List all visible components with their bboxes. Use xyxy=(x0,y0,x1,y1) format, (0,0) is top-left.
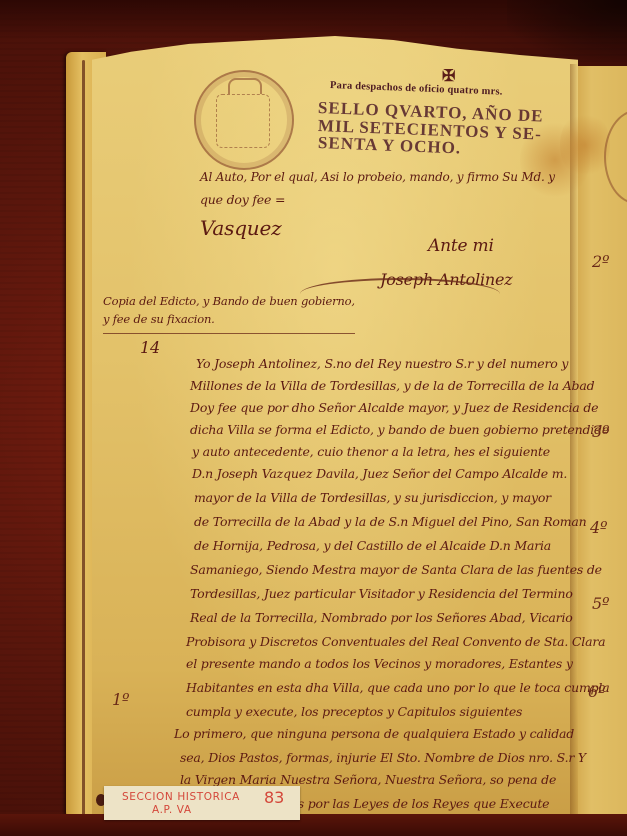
margin-number: 2º xyxy=(592,252,609,271)
body-line: y auto antecedente, cuio thenor a la let… xyxy=(192,444,550,459)
page-edge-line xyxy=(82,60,85,820)
body-line: de Hornija, Pedrosa, y del Castillo de e… xyxy=(194,538,551,553)
crown-icon xyxy=(228,78,262,94)
archive-label-section: SECCION HISTORICA xyxy=(122,791,240,803)
body-line: D.n Joseph Vazquez Davila, Juez Señor de… xyxy=(192,466,567,481)
margin-number: 1º xyxy=(112,690,129,709)
margin-heading-line: y fee de su fixacion. xyxy=(103,312,215,326)
body-line: Millones de la Villa de Tordesillas, y d… xyxy=(190,378,594,393)
body-line: Real de la Torrecilla, Nombrado por los … xyxy=(190,610,573,625)
margin-number: 5º xyxy=(592,594,609,613)
header-line: Al Auto, Por el qual, Asi lo probeio, ma… xyxy=(200,170,555,184)
margin-heading-line: Copia del Edicto, y Bando de buen gobier… xyxy=(103,294,355,308)
archive-label-code: A.P. VA xyxy=(152,804,192,816)
body-line: dicha Villa se forma el Edicto, y bando … xyxy=(190,422,609,437)
signature-vasquez: Vasquez xyxy=(200,216,281,240)
body-line: Samaniego, Siendo Mestra mayor de Santa … xyxy=(190,562,602,577)
heading-rule xyxy=(103,333,355,334)
body-line: el presente mando a todos los Vecinos y … xyxy=(186,656,573,671)
body-line: de Torrecilla de la Abad y la de S.n Mig… xyxy=(194,514,587,529)
body-line: la Virgen Maria Nuestra Señora, Nuestra … xyxy=(180,772,556,787)
body-line: Yo Joseph Antolinez, S.no del Rey nuestr… xyxy=(196,356,568,371)
body-line: sea, Dios Pastos, formas, injurie El Sto… xyxy=(180,750,586,765)
body-line: Tordesillas, Juez particular Visitador y… xyxy=(190,586,573,601)
cross-icon: ✠ xyxy=(442,66,455,85)
royal-seal-icon xyxy=(194,70,294,170)
header-line: que doy fee = xyxy=(200,192,285,207)
archive-label: SECCION HISTORICA A.P. VA 83 xyxy=(104,786,300,820)
signature-ante-mi: Ante mi xyxy=(428,236,494,256)
body-line: Doy fee que por dho Señor Alcalde mayor,… xyxy=(190,400,598,415)
body-line: mayor de la Villa de Tordesillas, y su j… xyxy=(194,490,551,505)
water-stain xyxy=(560,110,610,180)
margin-number: 3º xyxy=(592,422,609,441)
coat-of-arms-icon xyxy=(216,94,270,148)
bottom-shadow xyxy=(0,814,627,836)
body-line: Probisora y Discretos Conventuales del R… xyxy=(186,634,605,649)
body-line: Lo primero, que ninguna persona de qualq… xyxy=(174,726,574,741)
body-line: cumpla y execute, los preceptos y Capitu… xyxy=(186,704,522,719)
folio-number: 14 xyxy=(140,338,160,357)
corner-shadow xyxy=(507,0,627,60)
margin-number: 4º xyxy=(590,518,607,537)
body-line: Habitantes en esta dha Villa, que cada u… xyxy=(186,680,609,695)
archive-label-number: 83 xyxy=(264,788,284,807)
margin-number: 6º xyxy=(588,682,605,701)
